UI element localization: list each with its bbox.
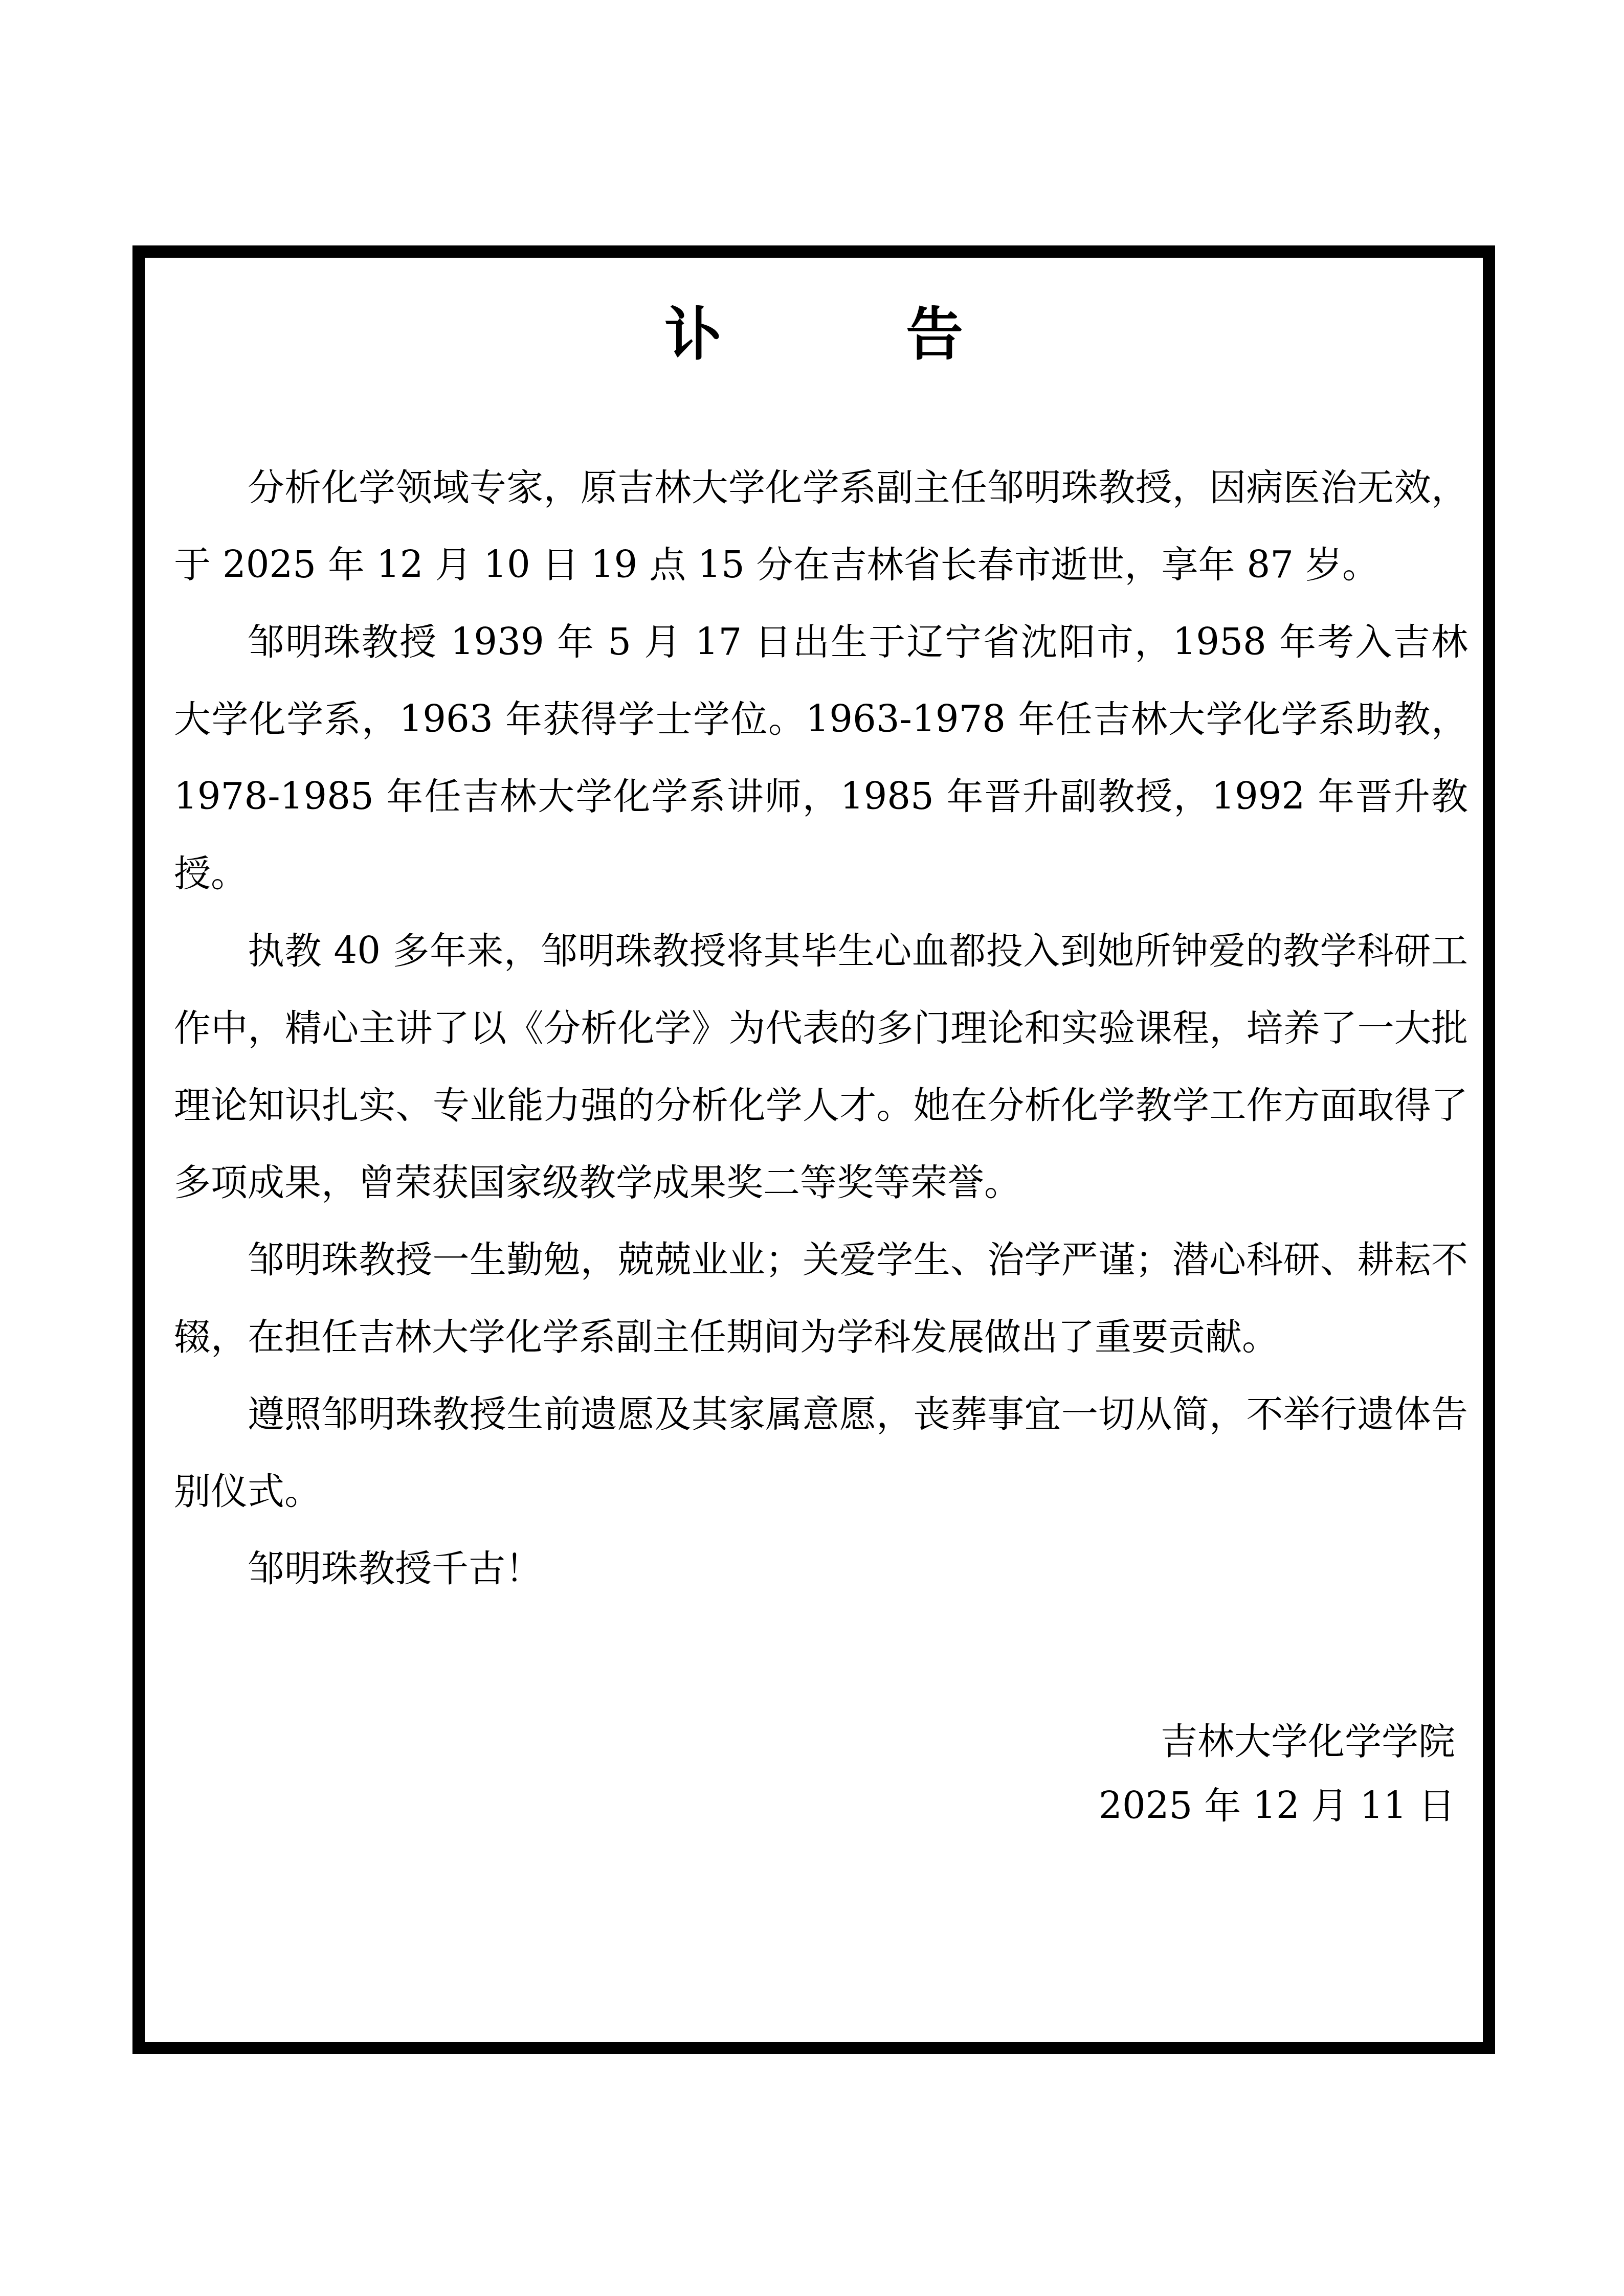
paragraph-teaching: 执教 40 多年来，邹明珠教授将其毕生心血都投入到她所钟爱的教学科研工作中，精心… — [174, 912, 1468, 1221]
title-char-1: 讣 — [664, 302, 722, 368]
signature-block: 吉林大学化学学院 2025 年 12 月 11 日 — [1099, 1709, 1455, 1838]
title-char-2: 告 — [906, 302, 963, 368]
page-title: 讣 告 — [145, 302, 1483, 368]
paragraph-funeral-arrangements: 遵照邹明珠教授生前遗愿及其家属意愿，丧葬事宜一切从简，不举行遗体告别仪式。 — [174, 1376, 1468, 1530]
paragraph-character: 邹明珠教授一生勤勉，兢兢业业；关爱学生、治学严谨；潜心科研、耕耘不辍，在担任吉林… — [174, 1221, 1468, 1376]
signature-organization: 吉林大学化学学院 — [1099, 1709, 1455, 1773]
paragraph-announcement: 分析化学领域专家，原吉林大学化学系副主任邹明珠教授，因病医治无效，于 2025 … — [174, 449, 1468, 603]
obituary-frame: 讣 告 分析化学领域专家，原吉林大学化学系副主任邹明珠教授，因病医治无效，于 2… — [132, 245, 1495, 2054]
obituary-body: 分析化学领域专家，原吉林大学化学系副主任邹明珠教授，因病医治无效，于 2025 … — [174, 449, 1468, 1607]
signature-date: 2025 年 12 月 11 日 — [1099, 1773, 1455, 1838]
paragraph-biography: 邹明珠教授 1939 年 5 月 17 日出生于辽宁省沈阳市，1958 年考入吉… — [174, 603, 1468, 912]
paragraph-farewell: 邹明珠教授千古！ — [174, 1530, 1468, 1607]
